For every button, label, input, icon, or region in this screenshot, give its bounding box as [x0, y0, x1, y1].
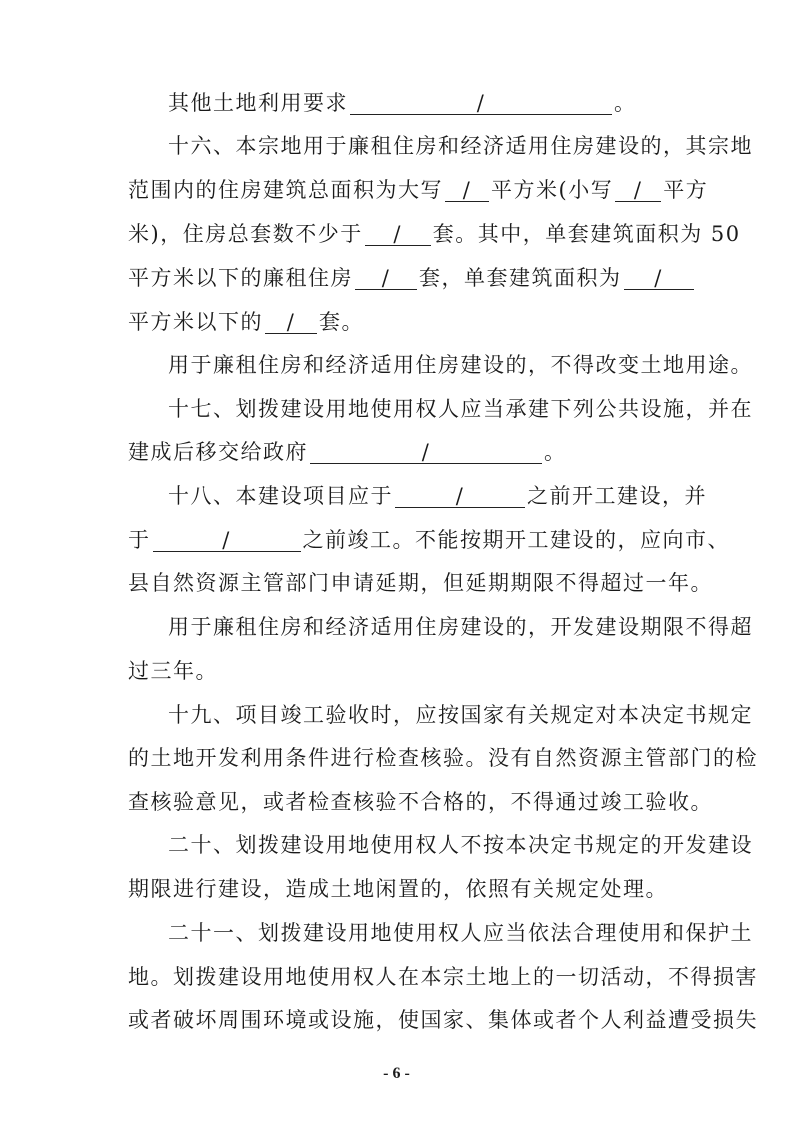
- text-line: 平方米以下的廉租住房/套，单套建筑面积为/: [128, 263, 688, 293]
- text-line: 建成后移交给政府/。: [128, 437, 688, 467]
- text-segment: 期限进行建设，造成土地闲置的，依照有关规定处理。: [128, 877, 668, 901]
- text-line: 于/之前竣工。不能按期开工建设的，应向市、: [128, 525, 688, 555]
- text-line: 过三年。: [128, 656, 688, 686]
- text-segment: 的土地开发利用条件进行检查核验。没有自然资源主管部门的检: [128, 746, 758, 770]
- fill-in-blank: /: [310, 439, 542, 464]
- text-segment: 县自然资源主管部门申请延期，但延期期限不得超过一年。: [128, 571, 713, 595]
- text-segment: 其他土地利用要求: [168, 91, 348, 115]
- text-line: 地。划拨建设用地使用权人在本宗土地上的一切活动，不得损害: [128, 962, 688, 992]
- text-line: 或者破坏周围环境或设施，使国家、集体或者个人利益遭受损失: [128, 1005, 688, 1035]
- text-segment: 十八、本建设项目应于: [168, 484, 393, 508]
- document-page: 其他土地利用要求/。十六、本宗地用于廉租住房和经济适用住房建设的，其宗地范围内的…: [0, 0, 793, 1122]
- text-line: 县自然资源主管部门申请延期，但延期期限不得超过一年。: [128, 568, 688, 598]
- text-segment: 平方米(小写: [491, 178, 613, 202]
- text-segment: 建成后移交给政府: [128, 440, 308, 464]
- text-segment: 套。: [319, 310, 364, 334]
- text-line: 用于廉租住房和经济适用住房建设的，不得改变土地用途。: [168, 350, 728, 380]
- text-segment: 平方: [663, 178, 708, 202]
- fill-in-blank: /: [445, 177, 489, 202]
- text-segment: 二十、划拨建设用地使用权人不按本决定书规定的开发建设: [168, 833, 753, 857]
- text-segment: 。: [544, 440, 567, 464]
- text-line: 十六、本宗地用于廉租住房和经济适用住房建设的，其宗地: [168, 131, 728, 161]
- fill-in-blank: /: [624, 265, 694, 290]
- text-segment: 之前开工建设，并: [527, 484, 707, 508]
- text-segment: 米)，住房总套数不少于: [128, 222, 363, 246]
- text-line: 其他土地利用要求/。: [168, 88, 728, 118]
- page-number: - 6 -: [0, 1065, 793, 1083]
- text-segment: 过三年。: [128, 659, 218, 683]
- text-segment: 十七、划拨建设用地使用权人应当承建下列公共设施，并在: [168, 397, 753, 421]
- text-segment: 十六、本宗地用于廉租住房和经济适用住房建设的，其宗地: [168, 134, 753, 158]
- fill-in-blank: /: [265, 309, 317, 334]
- fill-in-blank: /: [365, 221, 431, 246]
- fill-in-blank: /: [350, 90, 612, 115]
- fill-in-blank: /: [395, 483, 525, 508]
- fill-in-blank: /: [355, 265, 417, 290]
- text-segment: 二十一、划拨建设用地使用权人应当依法合理使用和保护土: [168, 921, 753, 945]
- text-segment: 地。划拨建设用地使用权人在本宗土地上的一切活动，不得损害: [128, 965, 758, 989]
- text-segment: 用于廉租住房和经济适用住房建设的，不得改变土地用途。: [168, 353, 753, 377]
- text-line: 二十一、划拨建设用地使用权人应当依法合理使用和保护土: [168, 918, 728, 948]
- text-segment: 。: [614, 91, 637, 115]
- text-line: 平方米以下的/套。: [128, 307, 688, 337]
- text-segment: 十九、项目竣工验收时，应按国家有关规定对本决定书规定: [168, 703, 753, 727]
- text-line: 十七、划拨建设用地使用权人应当承建下列公共设施，并在: [168, 394, 728, 424]
- text-segment: 范围内的住房建筑总面积为大写: [128, 178, 443, 202]
- text-line: 用于廉租住房和经济适用住房建设的，开发建设期限不得超: [168, 612, 728, 642]
- text-line: 十九、项目竣工验收时，应按国家有关规定对本决定书规定: [168, 700, 728, 730]
- text-line: 的土地开发利用条件进行检查核验。没有自然资源主管部门的检: [128, 743, 688, 773]
- text-segment: 平方米以下的廉租住房: [128, 266, 353, 290]
- text-segment: 套。其中，单套建筑面积为 50: [433, 222, 741, 246]
- text-line: 期限进行建设，造成土地闲置的，依照有关规定处理。: [128, 874, 688, 904]
- text-segment: 之前竣工。不能按期开工建设的，应向市、: [303, 528, 731, 552]
- fill-in-blank: /: [153, 527, 301, 552]
- text-segment: 用于廉租住房和经济适用住房建设的，开发建设期限不得超: [168, 615, 753, 639]
- text-segment: 或者破坏周围环境或设施，使国家、集体或者个人利益遭受损失: [128, 1008, 758, 1032]
- text-line: 查核验意见，或者检查核验不合格的，不得通过竣工验收。: [128, 787, 688, 817]
- text-line: 米)，住房总套数不少于/套。其中，单套建筑面积为 50: [128, 219, 688, 249]
- text-segment: 于: [128, 528, 151, 552]
- text-segment: 套，单套建筑面积为: [419, 266, 622, 290]
- text-line: 十八、本建设项目应于/之前开工建设，并: [168, 481, 728, 511]
- text-segment: 平方米以下的: [128, 310, 263, 334]
- text-line: 范围内的住房建筑总面积为大写/平方米(小写/平方: [128, 175, 688, 205]
- text-line: 二十、划拨建设用地使用权人不按本决定书规定的开发建设: [168, 830, 728, 860]
- text-segment: 查核验意见，或者检查核验不合格的，不得通过竣工验收。: [128, 790, 713, 814]
- fill-in-blank: /: [615, 177, 661, 202]
